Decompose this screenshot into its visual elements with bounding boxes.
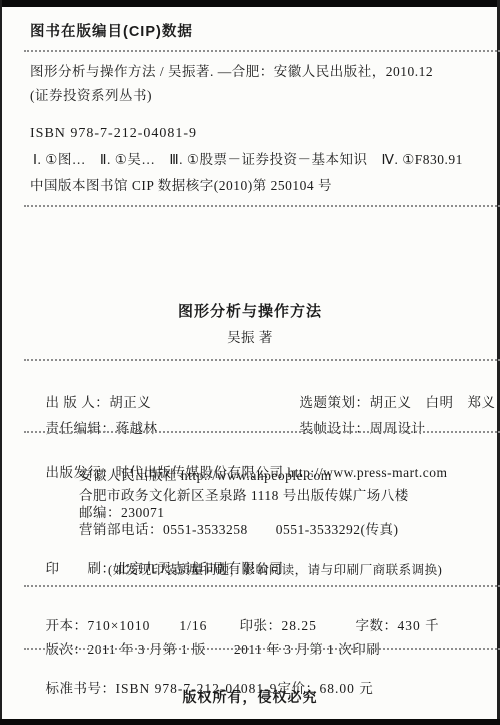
editor-value: 蒋越林 bbox=[116, 421, 158, 436]
editor-label: 责任编辑： bbox=[46, 421, 116, 436]
book-author: 吴振 著 bbox=[0, 329, 500, 347]
publisher-phone-line: 营销部电话：0551-3533258 0551-3533292(传真) bbox=[79, 521, 398, 539]
publisher-house-line: 安徽人民出版社 http://www.ahpeople.com bbox=[79, 467, 332, 485]
design-label: 装帧设计： bbox=[300, 421, 370, 436]
printer-label: 印 刷： bbox=[46, 561, 116, 576]
divider-4 bbox=[24, 431, 500, 433]
cip-description-line: 图形分析与操作方法 / 吴振著. —合肥：安徽人民出版社，2010.12 bbox=[30, 63, 433, 81]
publisher-address-line: 合肥市政务文化新区圣泉路 1118 号出版传媒广场八楼 bbox=[79, 487, 409, 505]
cip-isbn: ISBN 978-7-212-04081-9 bbox=[30, 125, 197, 143]
copyright-notice: 版权所有，侵权必究 bbox=[0, 688, 500, 706]
cip-header: 图书在版编目(CIP)数据 bbox=[30, 23, 193, 41]
scan-edge-bottom bbox=[0, 719, 500, 725]
divider-3 bbox=[24, 359, 500, 361]
cip-classification: Ⅰ. ①图… Ⅱ. ①吴… Ⅲ. ①股票－证券投资－基本知识 Ⅳ. ①F830.… bbox=[33, 151, 463, 169]
book-title: 图形分析与操作方法 bbox=[0, 303, 500, 321]
design-value: 周周设计 bbox=[370, 421, 426, 436]
cip-series-line: (证券投资系列丛书) bbox=[30, 87, 152, 105]
spec-words-value: 430 千 bbox=[398, 618, 440, 633]
copyright-page: 图书在版编目(CIP)数据 图形分析与操作方法 / 吴振著. —合肥：安徽人民出… bbox=[0, 0, 500, 725]
divider-6 bbox=[24, 648, 500, 650]
publisher-postcode-line: 邮编：230071 bbox=[79, 504, 165, 522]
cip-record-number: 中国版本图书馆 CIP 数据核字(2010)第 250104 号 bbox=[30, 177, 332, 195]
divider-5 bbox=[24, 585, 500, 587]
printer-note: (如发现印装质量问题，影响阅读，请与印刷厂商联系调换) bbox=[108, 561, 442, 579]
scan-edge-left bbox=[0, 0, 2, 725]
divider-1 bbox=[24, 50, 500, 52]
divider-2 bbox=[24, 205, 500, 207]
scan-edge-top bbox=[0, 0, 500, 7]
